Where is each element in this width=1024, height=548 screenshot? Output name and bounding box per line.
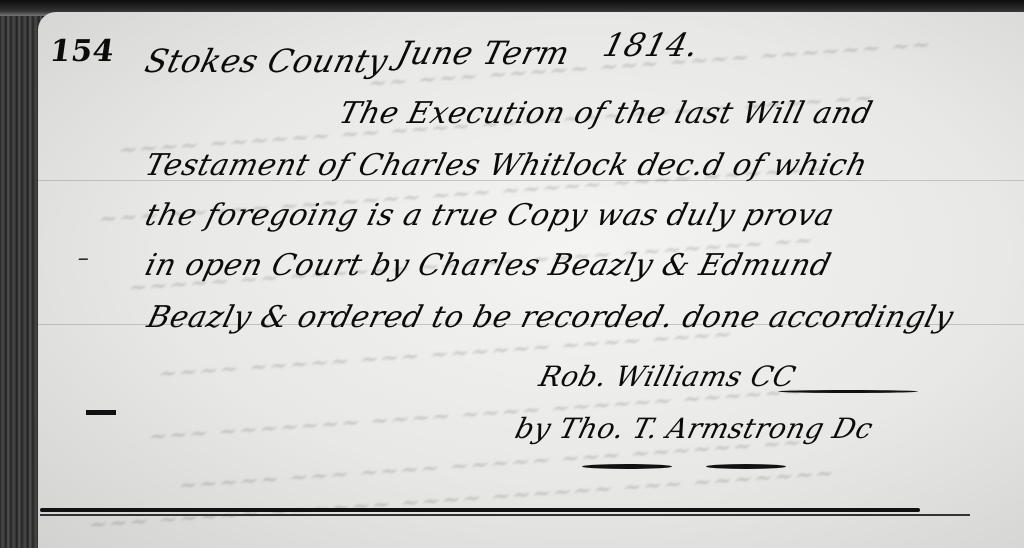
heading-county: Stokes County (141, 42, 392, 80)
section-divider (40, 508, 920, 512)
section-divider (40, 514, 970, 516)
body-line-3: the foregoing is a true Copy was duly pr… (142, 198, 838, 233)
body-line-2: Testament of Charles Whitlock dec.d of w… (142, 148, 872, 183)
signature-underline (582, 464, 672, 469)
deputy-signature: by Tho. T. Armstrong Dc (512, 412, 877, 445)
margin-dash (86, 410, 116, 415)
document-page: ~~ ~~~ ~~~~~ ~~~ ~~~~ ~~~~~~ ~~ ~~~~ ~~~… (38, 12, 1024, 548)
heading-year: 1814. (599, 26, 703, 64)
body-line-1: The Execution of the last Will and (336, 96, 876, 131)
margin-mark: – (75, 246, 93, 271)
body-line-4: in open Court by Charles Beazly & Edmund (142, 248, 835, 283)
page-number: 154 (48, 34, 117, 69)
signature-flourish (778, 390, 918, 393)
signature-underline (706, 464, 786, 469)
clerk-signature: Rob. Williams CC (536, 360, 799, 393)
body-line-5: Beazly & ordered to be recorded. done ac… (144, 300, 958, 335)
heading-term: June Term (393, 34, 574, 72)
book-binding (0, 0, 42, 548)
